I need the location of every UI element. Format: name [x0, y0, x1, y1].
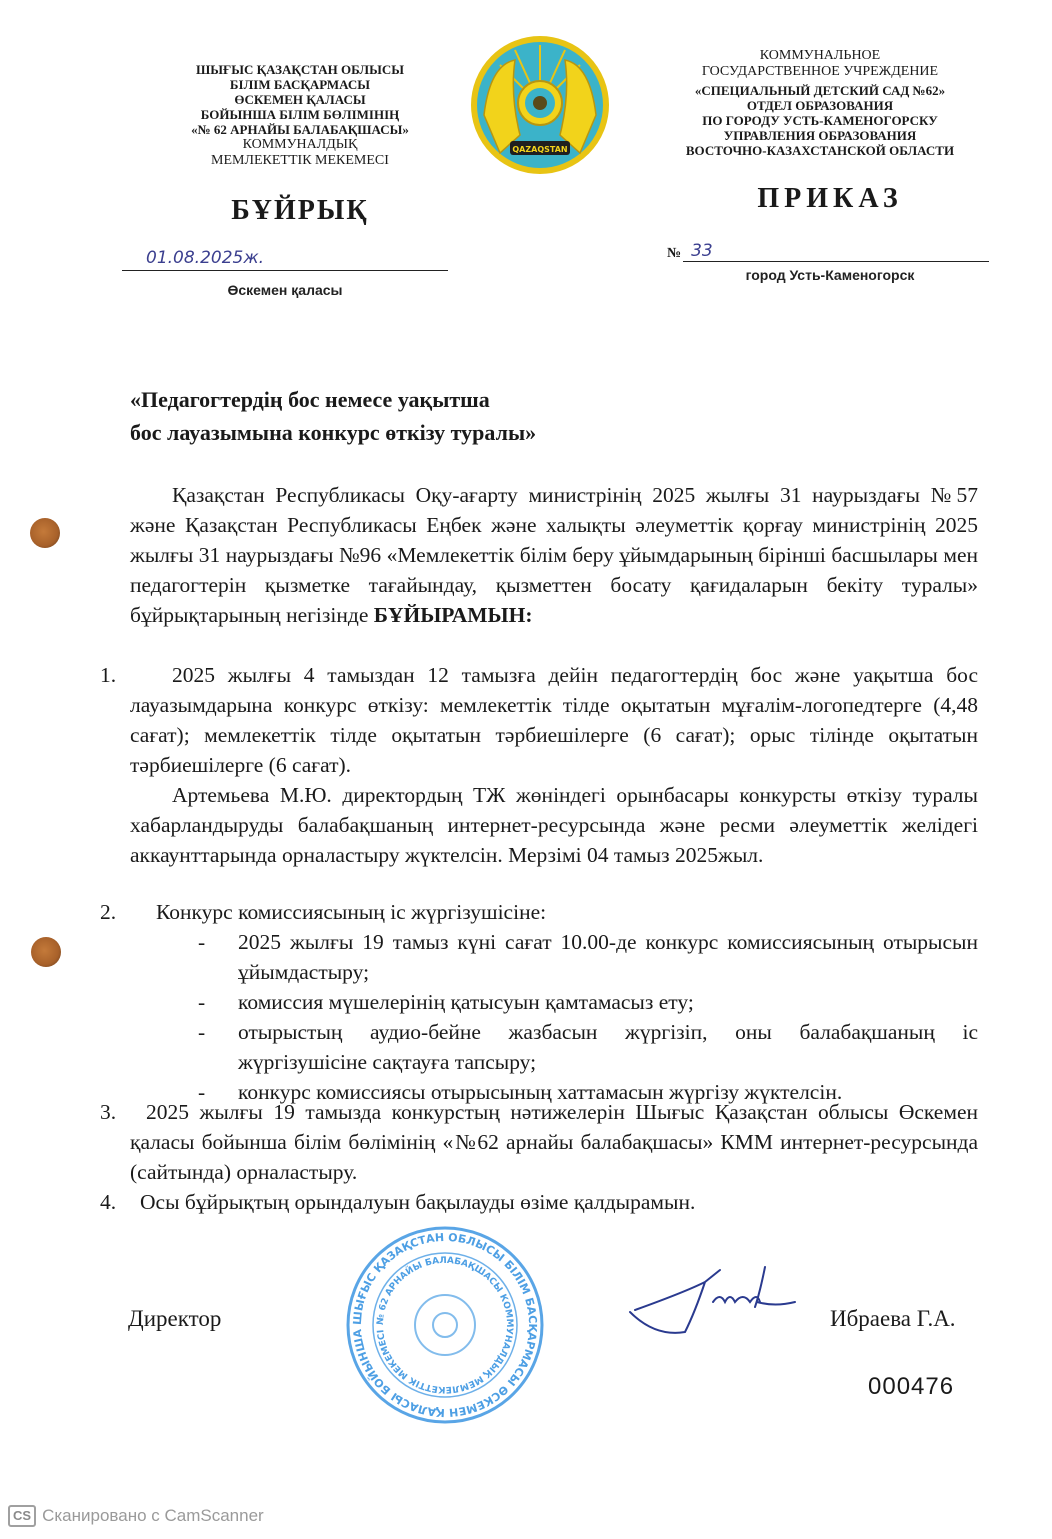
signatory-title: Директор — [128, 1306, 221, 1332]
item-text: Конкурс комиссиясының іс жүргізушісіне: — [130, 897, 978, 927]
org-line: «№ 62 АРНАЙЫ БАЛАБАҚШАСЫ» — [160, 122, 440, 137]
item-text: 2025 жылғы 4 тамыздан 12 тамызға дейін п… — [130, 660, 978, 780]
state-emblem: QAZAQSTAN — [470, 35, 610, 175]
emblem-icon: QAZAQSTAN — [470, 35, 610, 175]
org-line: МЕМЛЕКЕТТІК МЕКЕМЕСІ — [160, 153, 440, 169]
handwritten-signature — [625, 1262, 805, 1342]
order-subject: «Педагогтердің бос немесе уақытша бос ла… — [130, 383, 650, 449]
header-right-org: КОММУНАЛЬНОЕ ГОСУДАРСТВЕННОЕ УЧРЕЖДЕНИЕ … — [660, 48, 980, 158]
date-handwritten: 01.08.2025ж. — [146, 248, 264, 268]
subitem: -2025 жылғы 19 тамыз күні сағат 10.00-де… — [198, 927, 978, 987]
svg-text:№ 62 АРНАЙЫ БАЛАБАҚШАСЫ КОММУН: № 62 АРНАЙЫ БАЛАБАҚШАСЫ КОММУНАЛДЫҚ МЕМЛ… — [376, 1256, 514, 1394]
camscanner-logo-icon: CS — [8, 1505, 36, 1527]
official-stamp: ШЫҒЫС ҚАЗАҚСТАН ОБЛЫСЫ БІЛІМ БАСҚАРМАСЫ … — [345, 1225, 545, 1425]
city-kz: Өскемен қаласы — [180, 282, 390, 298]
org-line: ӨСКЕМЕН ҚАЛАСЫ — [160, 92, 440, 107]
item-text: 2025 жылғы 19 тамызда конкурстың нәтижел… — [130, 1097, 978, 1187]
stamp-icon: ШЫҒЫС ҚАЗАҚСТАН ОБЛЫСЫ БІЛІМ БАСҚАРМАСЫ … — [345, 1225, 545, 1425]
preamble-text: Қазақстан Республикасы Оқу-ағарту минист… — [130, 483, 978, 627]
org-line: ШЫҒЫС ҚАЗАҚСТАН ОБЛЫСЫ — [160, 62, 440, 77]
preamble-command: БҰЙЫРАМЫН: — [374, 603, 533, 627]
signature-icon — [625, 1262, 805, 1342]
org-line: БОЙЫНША БІЛІМ БӨЛІМІНІҢ — [160, 107, 440, 122]
org-line: «СПЕЦИАЛЬНЫЙ ДЕТСКИЙ САД №62» — [660, 83, 980, 98]
org-line: УПРАВЛЕНИЯ ОБРАЗОВАНИЯ — [660, 128, 980, 143]
signatory-name: Ибраева Г.А. — [830, 1306, 956, 1332]
number-handwritten: 33 — [691, 241, 713, 261]
item-number: 3. — [100, 1097, 116, 1127]
item-number: 1. — [100, 660, 116, 690]
order-item-1: 1. 2025 жылғы 4 тамыздан 12 тамызға дейі… — [130, 660, 978, 870]
doc-type-kz: БҰЙРЫҚ — [170, 195, 430, 227]
punch-hole — [30, 518, 60, 548]
org-line: ВОСТОЧНО-КАЗАХСТАНСКОЙ ОБЛАСТИ — [660, 143, 980, 158]
org-line: ПО ГОРОДУ УСТЬ-КАМЕНОГОРСКУ — [660, 113, 980, 128]
doc-type-ru: ПРИКАЗ — [700, 183, 960, 215]
number-line: № 33 — [667, 240, 989, 262]
org-line: ГОСУДАРСТВЕННОЕ УЧРЕЖДЕНИЕ — [660, 64, 980, 80]
item-text: Осы бұйрықтың орындалуын бақылауды өзіме… — [130, 1187, 978, 1217]
watermark-text: Сканировано с CamScanner — [42, 1506, 264, 1526]
item-extra: Артемьева М.Ю. директордың ТЖ жөніндегі … — [130, 780, 978, 870]
document-serial: 000476 — [868, 1373, 954, 1401]
number-prefix: № — [667, 246, 681, 262]
order-item-3: 3. 2025 жылғы 19 тамызда конкурстың нәти… — [130, 1097, 978, 1187]
subject-line: «Педагогтердің бос немесе уақытша — [130, 383, 650, 416]
scanner-watermark: CS Сканировано с CamScanner — [8, 1505, 264, 1527]
item-number: 2. — [100, 897, 116, 927]
punch-hole — [31, 937, 61, 967]
city-ru: город Усть-Каменогорск — [705, 267, 955, 283]
date-line: 01.08.2025ж. — [122, 248, 448, 271]
preamble: Қазақстан Республикасы Оқу-ағарту минист… — [130, 480, 978, 630]
org-line: КОММУНАЛДЫҚ — [160, 137, 440, 153]
order-item-4: 4. Осы бұйрықтың орындалуын бақылауды өз… — [130, 1187, 978, 1217]
subitem: -комиссия мүшелерінің қатысуын қамтамасы… — [198, 987, 978, 1017]
subitem-list: -2025 жылғы 19 тамыз күні сағат 10.00-де… — [198, 927, 978, 1107]
subitem: -отырыстың аудио-бейне жазбасын жүргізіп… — [198, 1017, 978, 1077]
org-line: БІЛІМ БАСҚАРМАСЫ — [160, 77, 440, 92]
org-line: ОТДЕЛ ОБРАЗОВАНИЯ — [660, 98, 980, 113]
org-line: КОММУНАЛЬНОЕ — [660, 48, 980, 64]
order-item-2: 2. Конкурс комиссиясының іс жүргізушісін… — [130, 897, 978, 1107]
item-number: 4. — [100, 1187, 116, 1217]
subject-line: бос лауазымына конкурс өткізу туралы» — [130, 416, 650, 449]
header-left-org: ШЫҒЫС ҚАЗАҚСТАН ОБЛЫСЫ БІЛІМ БАСҚАРМАСЫ … — [160, 62, 440, 169]
svg-text:QAZAQSTAN: QAZAQSTAN — [512, 145, 567, 154]
